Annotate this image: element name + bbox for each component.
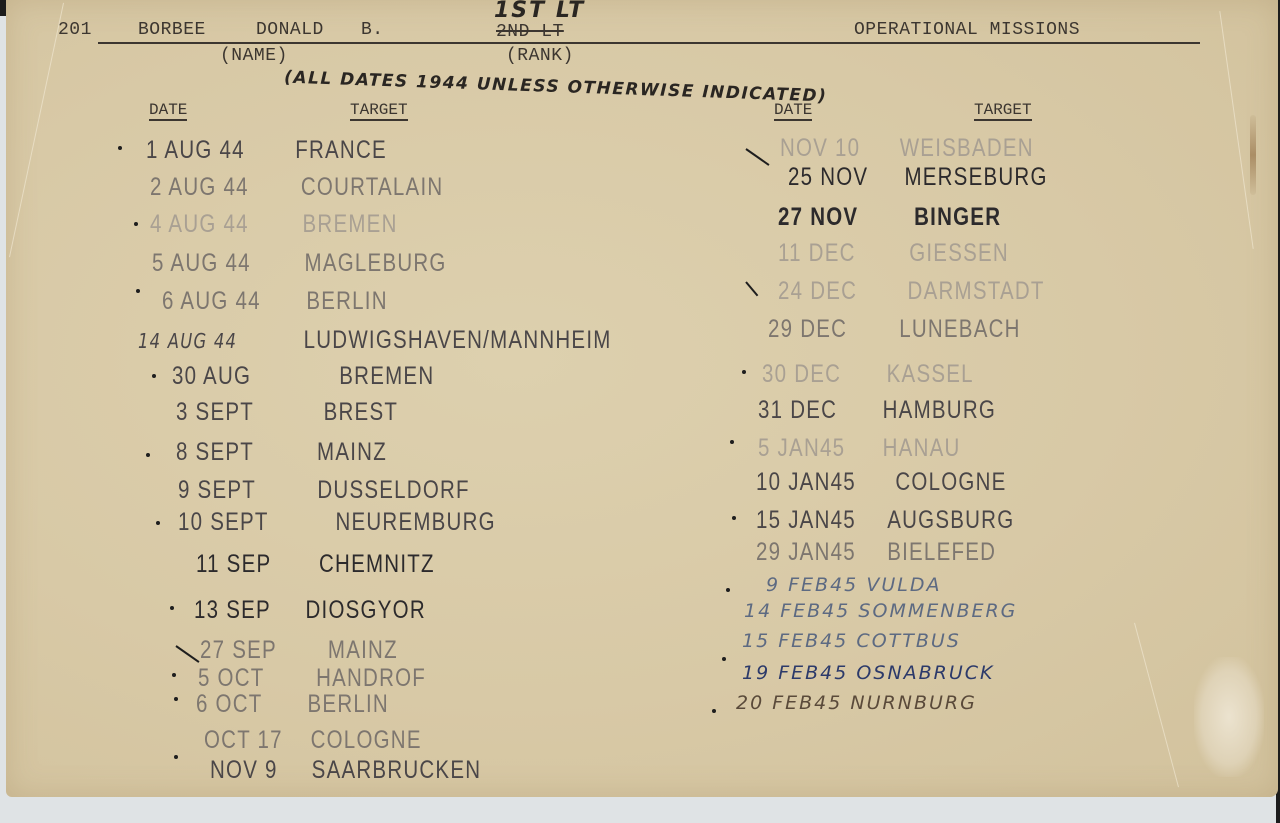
paper-tear — [1250, 115, 1256, 195]
mission-date: 8 SEPT — [176, 438, 254, 467]
mission-date: 24 DEC — [778, 277, 857, 306]
right-target-header: TARGET — [974, 101, 1032, 121]
mission-entry: 11 SEPCHEMNITZ — [196, 550, 271, 579]
mission-date: 2 AUG 44 — [150, 173, 249, 202]
mission-date: 29 JAN45 — [756, 538, 856, 567]
mission-date: 4 AUG 44 — [150, 210, 249, 239]
tally-dot — [732, 516, 736, 520]
mission-date: 31 DEC — [758, 396, 837, 425]
mission-entry: 27 NOVBINGER — [778, 203, 858, 232]
mission-target: HAMBURG — [883, 396, 996, 425]
header-rule — [98, 42, 1200, 44]
mission-entry: 3 SEPTBREST — [176, 398, 254, 427]
tally-dot — [136, 289, 140, 293]
last-name: BORBEE — [138, 20, 206, 40]
mission-date: 6 AUG 44 — [162, 287, 261, 316]
mission-target: VULDA — [866, 574, 941, 596]
mission-target: NEUREMBURG — [335, 508, 495, 537]
tally-dot — [170, 606, 174, 610]
mission-target: COLOGNE — [895, 468, 1006, 497]
mission-target: MERSEBURG — [904, 163, 1047, 192]
tally-dot — [134, 222, 138, 226]
mission-target: BREMEN — [303, 210, 398, 239]
mission-target: BREMEN — [339, 362, 434, 391]
mission-entry: 2 AUG 44COURTALAIN — [150, 173, 249, 202]
mission-target: MAINZ — [317, 438, 387, 467]
tally-dot — [712, 709, 716, 713]
mission-date: NOV 9 — [210, 756, 278, 785]
tally-dot — [722, 657, 726, 661]
mission-target: SAARBRUCKEN — [312, 756, 482, 785]
mission-target: MAINZ — [328, 636, 398, 665]
file-number: 201 — [58, 20, 92, 40]
mission-target: HANDROF — [316, 664, 426, 693]
mission-entry: 13 SEPDIOSGYOR — [194, 596, 271, 625]
mission-date: 9 FEB45 — [766, 574, 858, 596]
mission-target: WEISBADEN — [900, 134, 1034, 163]
mission-date: 10 JAN45 — [756, 468, 856, 497]
mission-target: KASSEL — [887, 360, 974, 389]
tick-mark — [175, 645, 199, 663]
mission-date: 30 AUG — [172, 362, 251, 391]
mission-entry-handwritten: 15 FEB45 COTTBUS — [742, 630, 961, 652]
mission-target: LUNEBACH — [899, 315, 1020, 344]
tally-dot — [726, 588, 730, 592]
paper-wear — [1194, 657, 1264, 777]
mission-entry: 6 AUG 44BERLIN — [162, 287, 261, 316]
mission-target: OSNABRUCK — [856, 662, 994, 684]
mission-date: 27 SEP — [200, 636, 277, 665]
tally-dot — [152, 374, 156, 378]
mission-entry: OCT 17COLOGNE — [204, 726, 283, 755]
mission-entry: 1 AUG 44FRANCE — [146, 136, 245, 165]
rank-handwritten: 1ST LT — [494, 0, 585, 23]
tally-dot — [742, 370, 746, 374]
mission-target: BERLIN — [306, 287, 387, 316]
mission-entry: 11 DECGIESSEN — [778, 239, 856, 268]
mission-date: 30 DEC — [762, 360, 841, 389]
mission-entry: 8 SEPTMAINZ — [176, 438, 254, 467]
mission-date: NOV 10 — [780, 134, 860, 163]
mission-entry-handwritten: 19 FEB45 OSNABRUCK — [742, 662, 995, 684]
mission-target: LUDWIGSHAVEN/MANNHEIM — [304, 326, 612, 355]
tally-dot — [156, 521, 160, 525]
mission-target: FRANCE — [295, 136, 387, 165]
paper-crease — [1219, 11, 1253, 249]
mission-date: 6 OCT — [196, 690, 263, 719]
mission-entry: 5 JAN45HANAU — [758, 434, 845, 463]
mission-date: 9 SEPT — [178, 476, 256, 505]
mission-entry: 6 OCTBERLIN — [196, 690, 263, 719]
mission-entry: NOV 9SAARBRUCKEN — [210, 756, 278, 785]
right-date-header: DATE — [774, 101, 812, 121]
mission-entry: 30 AUGBREMEN — [172, 362, 251, 391]
mission-date: 25 NOV — [788, 163, 868, 192]
tally-dot — [174, 697, 178, 701]
mission-target: COTTBUS — [856, 630, 960, 652]
mission-target: BREST — [324, 398, 399, 427]
mission-date: 14 FEB45 — [744, 600, 850, 622]
paper-crease — [9, 3, 64, 258]
tally-dot — [730, 440, 734, 444]
tally-dot — [146, 453, 150, 457]
mission-date: 11 DEC — [778, 239, 856, 268]
mission-entry: 10 SEPTNEUREMBURG — [178, 508, 269, 537]
left-target-header: TARGET — [350, 101, 408, 121]
mission-entry: 4 AUG 44BREMEN — [150, 210, 249, 239]
mission-target: DUSSELDORF — [317, 476, 469, 505]
left-date-header: DATE — [149, 101, 187, 121]
mission-date: 5 OCT — [198, 664, 265, 693]
mission-target: MAGLEBURG — [305, 249, 447, 278]
mission-entry: NOV 10WEISBADEN — [780, 134, 860, 163]
tick-mark — [745, 148, 769, 166]
rank-typed-struck: 2ND LT — [496, 22, 564, 42]
mission-target: SOMMENBERG — [858, 600, 1017, 622]
mission-entry: 9 SEPTDUSSELDORF — [178, 476, 256, 505]
rank-label: (RANK) — [506, 46, 574, 66]
mission-date: 20 FEB45 — [736, 692, 842, 714]
mission-entry: 30 DECKASSEL — [762, 360, 841, 389]
mission-entry: 25 NOVMERSEBURG — [788, 163, 868, 192]
mission-date: 29 DEC — [768, 315, 847, 344]
mission-target: DARMSTADT — [908, 277, 1045, 306]
mission-date: OCT 17 — [204, 726, 283, 755]
tick-mark — [745, 281, 758, 296]
mission-target: NURNBURG — [850, 692, 976, 714]
mission-entry-handwritten: 9 FEB45 VULDA — [766, 574, 941, 596]
paper-crease — [1134, 623, 1179, 787]
tally-dot — [118, 146, 122, 150]
mission-date: 5 AUG 44 — [152, 249, 251, 278]
mission-date: 1 AUG 44 — [146, 136, 245, 165]
tally-dot — [174, 755, 178, 759]
mission-date: 27 NOV — [778, 203, 858, 232]
mission-entry: 29 JAN45BIELEFED — [756, 538, 856, 567]
mission-target: COLOGNE — [311, 726, 422, 755]
mission-target: HANAU — [883, 434, 961, 463]
mission-entry: 31 DECHAMBURG — [758, 396, 837, 425]
mission-date: 11 SEP — [196, 550, 271, 579]
mission-target: BIELEFED — [887, 538, 996, 567]
mission-target: CHEMNITZ — [319, 550, 435, 579]
mission-date: 15 JAN45 — [756, 506, 856, 535]
mission-date: 15 FEB45 — [742, 630, 848, 652]
mission-target: BINGER — [914, 203, 1001, 232]
mission-entry: 10 JAN45COLOGNE — [756, 468, 856, 497]
mission-target: DIOSGYOR — [306, 596, 426, 625]
mission-target: GIESSEN — [909, 239, 1009, 268]
mission-date: 3 SEPT — [176, 398, 254, 427]
mission-entry: 5 AUG 44MAGLEBURG — [152, 249, 251, 278]
mission-entry: 24 DECDARMSTADT — [778, 277, 857, 306]
mission-date: 13 SEP — [194, 596, 271, 625]
mission-entry-handwritten: 14 FEB45 SOMMENBERG — [744, 600, 1017, 622]
mission-entry: 14 AUG 44LUDWIGSHAVEN/MANNHEIM — [138, 326, 237, 355]
mission-record-card: 201 BORBEE DONALD B. 2ND LT 1ST LT OPERA… — [6, 0, 1278, 797]
mission-target: COURTALAIN — [301, 173, 444, 202]
mission-date: 14 AUG 44 — [138, 329, 237, 353]
tally-dot — [172, 673, 176, 677]
form-title: OPERATIONAL MISSIONS — [854, 20, 1080, 40]
mission-entry: 15 JAN45AUGSBURG — [756, 506, 856, 535]
mission-date: 5 JAN45 — [758, 434, 845, 463]
mission-date: 10 SEPT — [178, 508, 269, 537]
first-name: DONALD — [256, 20, 324, 40]
mission-date: 19 FEB45 — [742, 662, 848, 684]
mission-entry: 27 SEPMAINZ — [200, 636, 277, 665]
mission-target: AUGSBURG — [887, 506, 1014, 535]
middle-initial: B. — [361, 20, 384, 40]
mission-entry: 29 DECLUNEBACH — [768, 315, 847, 344]
mission-target: BERLIN — [308, 690, 389, 719]
mission-entry: 5 OCTHANDROF — [198, 664, 265, 693]
name-label: (NAME) — [220, 46, 288, 66]
mission-entry-handwritten: 20 FEB45 NURNBURG — [736, 692, 977, 714]
